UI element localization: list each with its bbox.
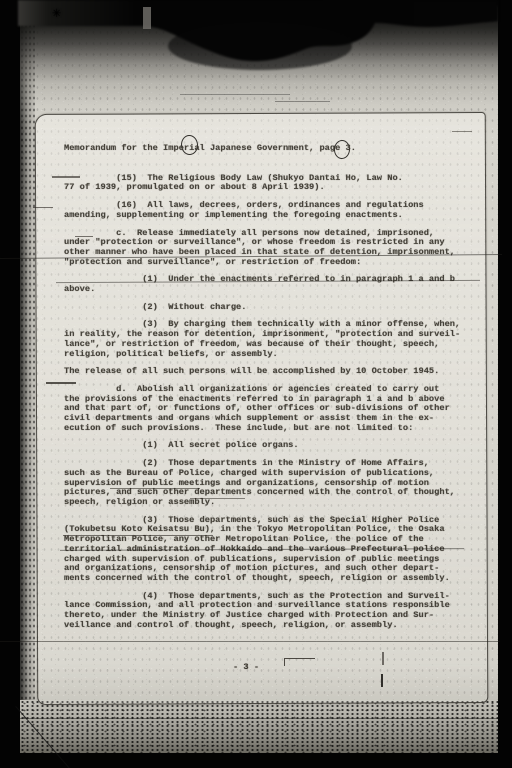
scan-artifact-line bbox=[52, 176, 80, 178]
scan-artifact-line bbox=[180, 94, 290, 95]
scan-artifact-line bbox=[452, 131, 472, 132]
document-body-text: Memorandum for the Imperial Japanese Gov… bbox=[64, 144, 478, 638]
document-paragraph: (1) All secret police organs. bbox=[64, 441, 478, 451]
paper-bottom-edge bbox=[20, 700, 498, 753]
scan-artifact-line bbox=[110, 488, 200, 489]
scan-artifact-line bbox=[190, 498, 245, 499]
scan-artifact-line bbox=[275, 101, 330, 102]
document-paragraph: d. Abolish all organizations or agencies… bbox=[64, 385, 478, 434]
scan-artifact-line bbox=[20, 718, 498, 719]
document-paragraph: (3) By charging them technically with a … bbox=[64, 320, 478, 359]
scan-artifact-line bbox=[46, 382, 76, 384]
document-paragraph: (4) Those departments, such as the Prote… bbox=[64, 592, 478, 631]
ink-blot: ✳ bbox=[52, 6, 61, 21]
scan-artifact-tick bbox=[382, 652, 384, 665]
document-paragraph: (1) Under the enactments referred to in … bbox=[64, 275, 478, 294]
scanned-document: ✳ Memorandum for the Imperial Japanese G… bbox=[0, 0, 512, 768]
document-paragraph: The release of all such persons will be … bbox=[64, 367, 478, 377]
top-band-notch bbox=[143, 7, 151, 29]
platen-shadow-blob bbox=[18, 0, 498, 112]
document-paragraph: (2) Without charge. bbox=[64, 303, 478, 313]
document-header: Memorandum for the Imperial Japanese Gov… bbox=[64, 144, 478, 154]
document-paragraph: (16) All laws, decrees, orders, ordinanc… bbox=[64, 201, 478, 220]
document-paragraph: c. Release immediately all persons now d… bbox=[64, 229, 478, 268]
document-paragraph: (2) Those departments in the Ministry of… bbox=[64, 459, 478, 508]
scan-artifact-line bbox=[75, 236, 93, 237]
page-number: - 3 - bbox=[233, 662, 259, 672]
scan-artifact-line bbox=[0, 641, 500, 642]
scan-artifact-line bbox=[33, 207, 53, 208]
scan-artifact-bracket bbox=[284, 658, 315, 666]
scan-artifact-line bbox=[63, 535, 213, 536]
document-paragraph: (15) The Religious Body Law (Shukyo Dant… bbox=[64, 174, 478, 193]
scan-artifact-tick bbox=[381, 674, 383, 687]
